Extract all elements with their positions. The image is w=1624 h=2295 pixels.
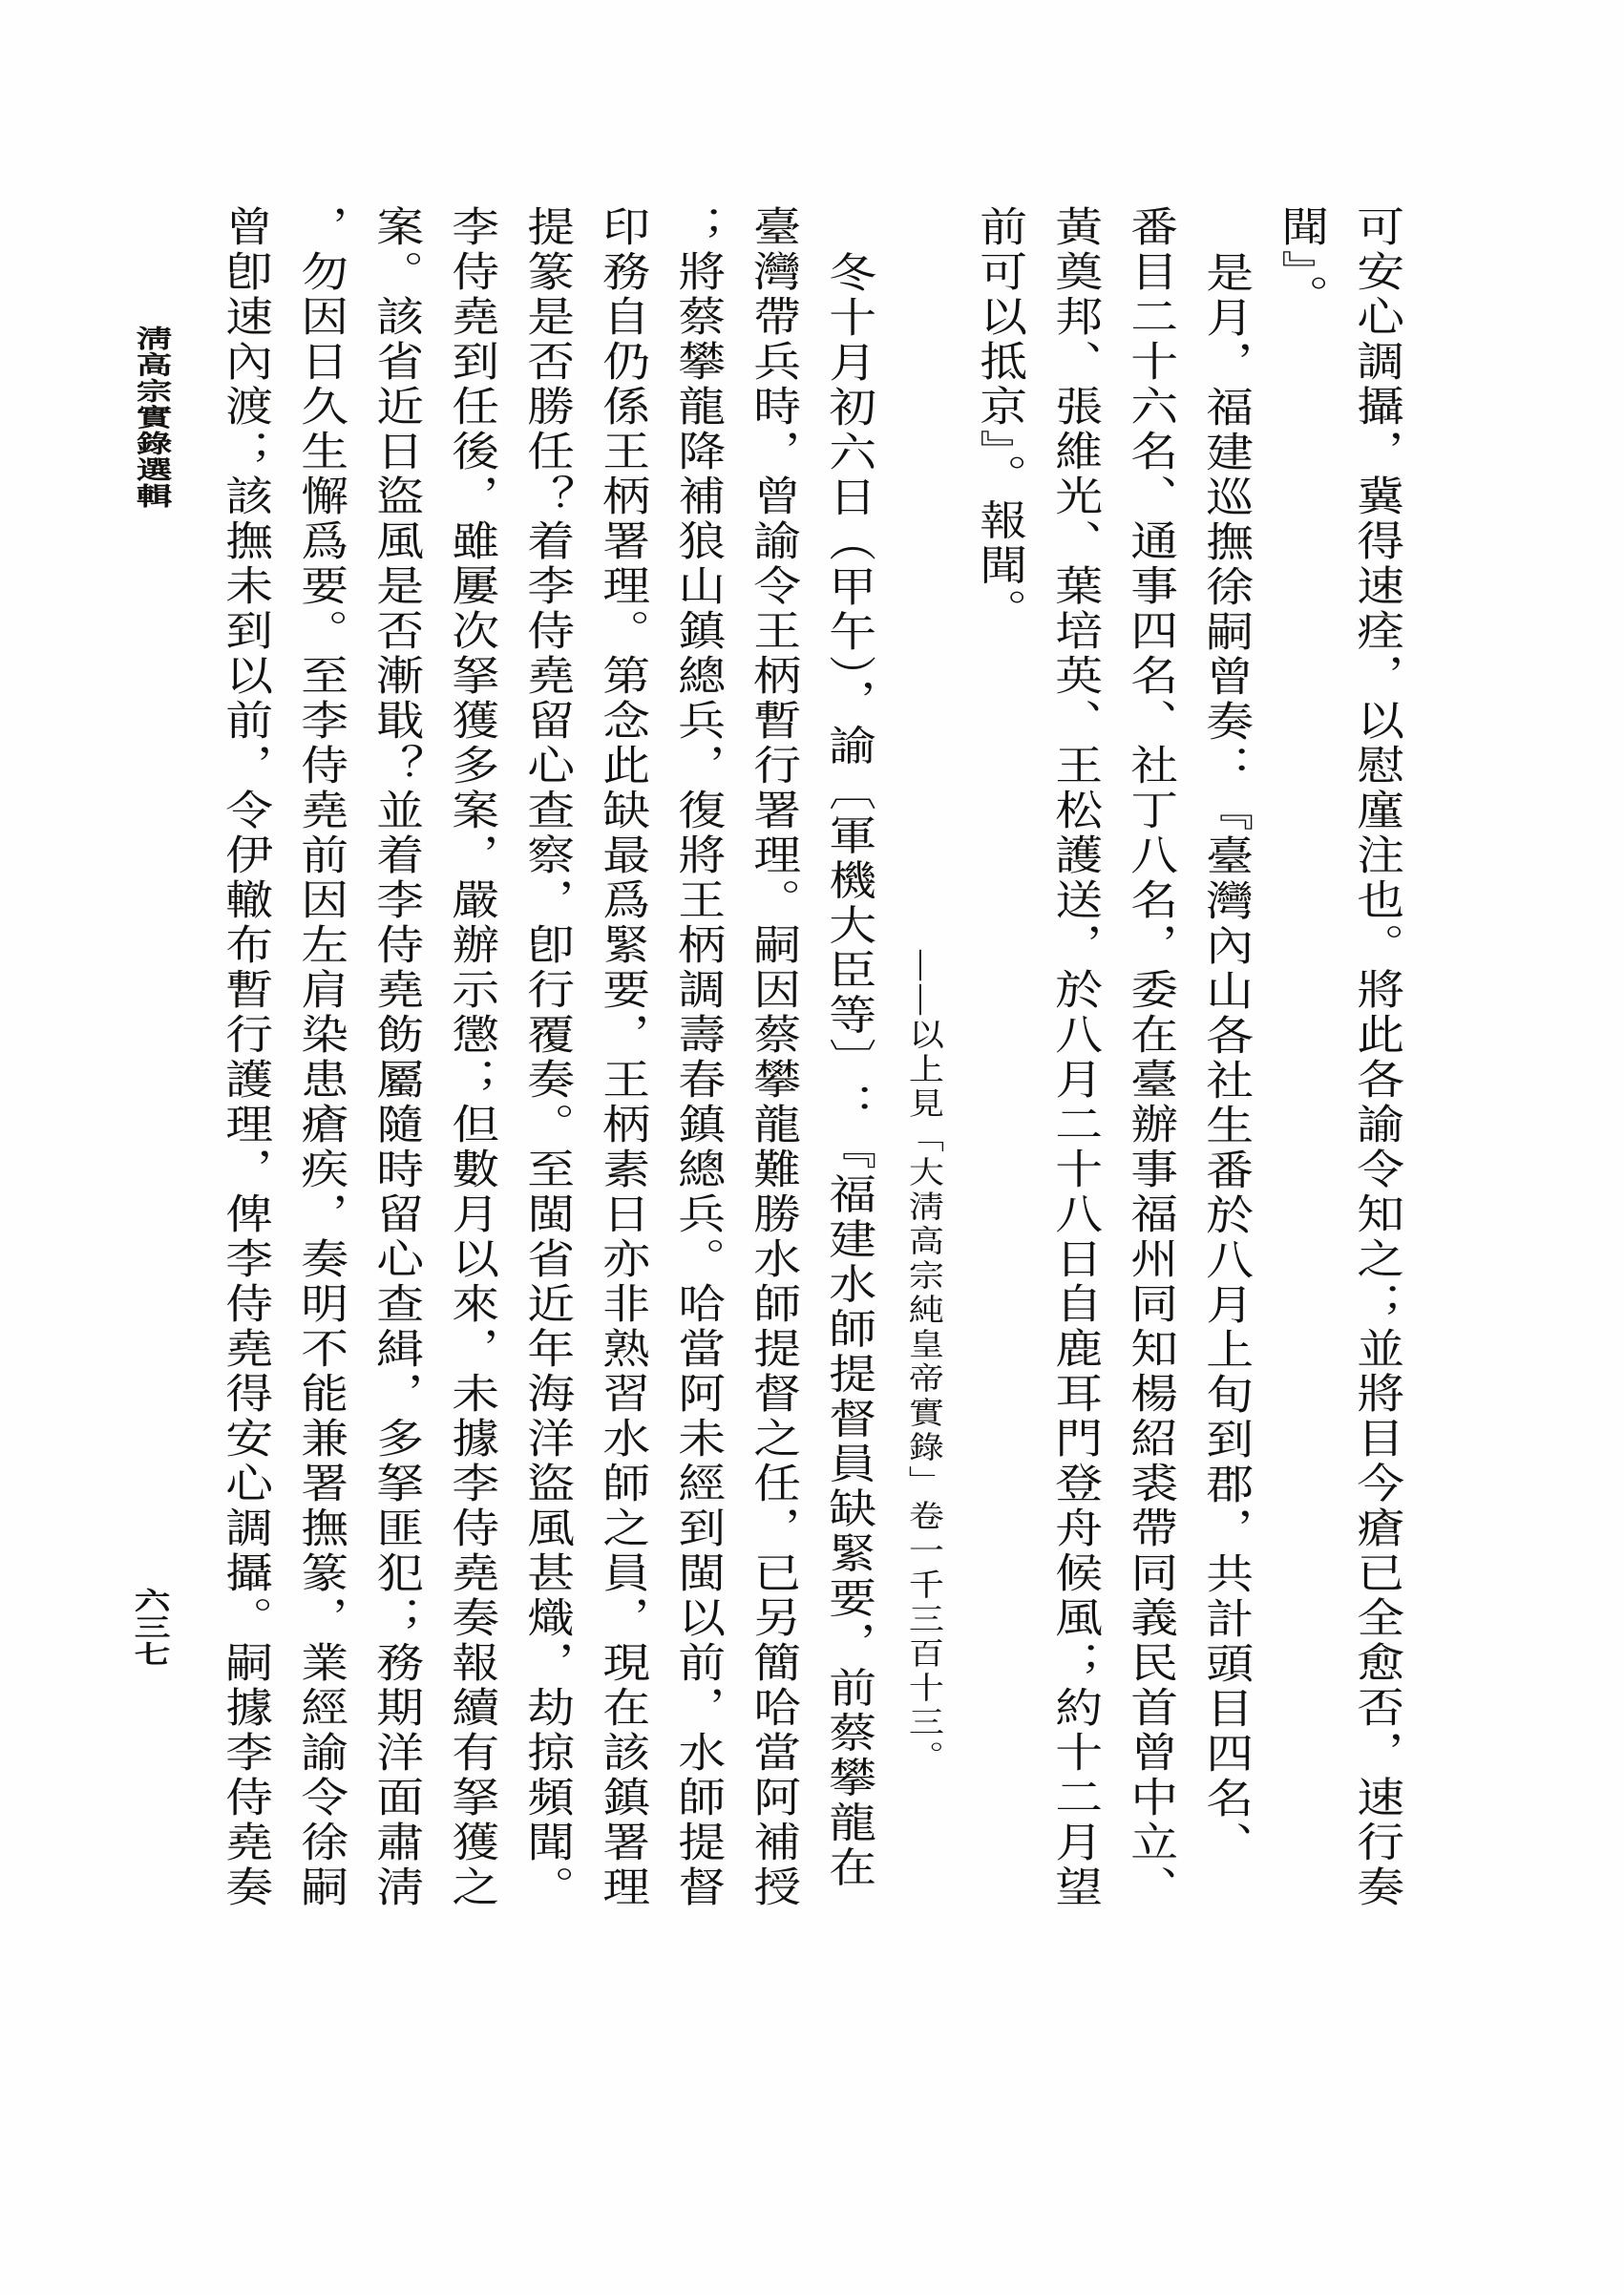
- text-column: 案。該省近日盜風是否漸戢？並着李侍堯飭屬隨時留心查緝，多拏匪犯；務期洋面肅淸: [351, 205, 439, 1910]
- text-column: 黃奠邦、張維光、葉培英、王松護送，於八月二十八日自鹿耳門登舟候風；約十二月望: [1030, 205, 1118, 1910]
- text-column: 臺灣帶兵時，曾諭令王柄暫行署理。嗣因蔡攀龍難勝水師提督之任，已另簡哈當阿補授: [728, 205, 816, 1910]
- text-column: 印務自仍係王柄署理。第念此缺最爲緊要，王柄素日亦非熟習水師之員，現在該鎮署理: [578, 205, 665, 1910]
- text-column: 聞』。: [1256, 205, 1344, 320]
- text-column: 提篆是否勝任？着李侍堯留心查察，卽行覆奏。至閩省近年海洋盜風甚熾，劫掠頻聞。: [502, 205, 590, 1910]
- citation-column: ——以上見「大淸高宗純皇帝實錄」卷一千三百十三。: [879, 950, 967, 1775]
- text-column: 曾卽速內渡；該撫未到以前，令伊轍布暫行護理，俾李侍堯得安心調攝。嗣據李侍堯奏: [200, 205, 288, 1910]
- text-column: 李侍堯到任後，雖屢次拏獲多案，嚴辦示懲；但數月以來，未據李侍堯奏報續有拏獲之: [427, 205, 515, 1910]
- text-column: 可安心調攝，冀得速痊，以慰廑注也。將此各諭令知之；並將目今瘡已全愈否，速行奏: [1332, 205, 1420, 1910]
- text-column: ；將蔡攀龍降補狼山鎮總兵，復將王柄調壽春鎮總兵。哈當阿未經到閩以前，水師提督: [653, 205, 741, 1910]
- text-column: ，勿因日久生懈爲要。至李侍堯前因左肩染患瘡疾，奏明不能兼署撫篆，業經諭令徐嗣: [276, 205, 364, 1910]
- text-column: 冬十月初六日（甲午），諭〔軍機大臣等〕：『福建水師提督員缺緊要，前蔡攀龍在: [804, 251, 892, 1891]
- margin-book-title: 淸高宗實錄選輯: [120, 326, 181, 510]
- text-column: 前可以抵京』。報聞。: [955, 205, 1043, 634]
- text-column: 是月，福建巡撫徐嗣曾奏：『臺灣內山各社生番於八月上旬到郡，共計頭目四名、: [1181, 251, 1269, 1866]
- scanned-book-page: 淸高宗實錄選輯 六三七 可安心調攝，冀得速痊，以慰廑注也。將此各諭令知之；並將目…: [0, 0, 1624, 2295]
- page-number: 六三七: [118, 1588, 179, 1668]
- text-column: 番目二十六名、通事四名、社丁八名，委在臺辦事福州同知楊紹裘帶同義民首曾中立、: [1106, 205, 1193, 1910]
